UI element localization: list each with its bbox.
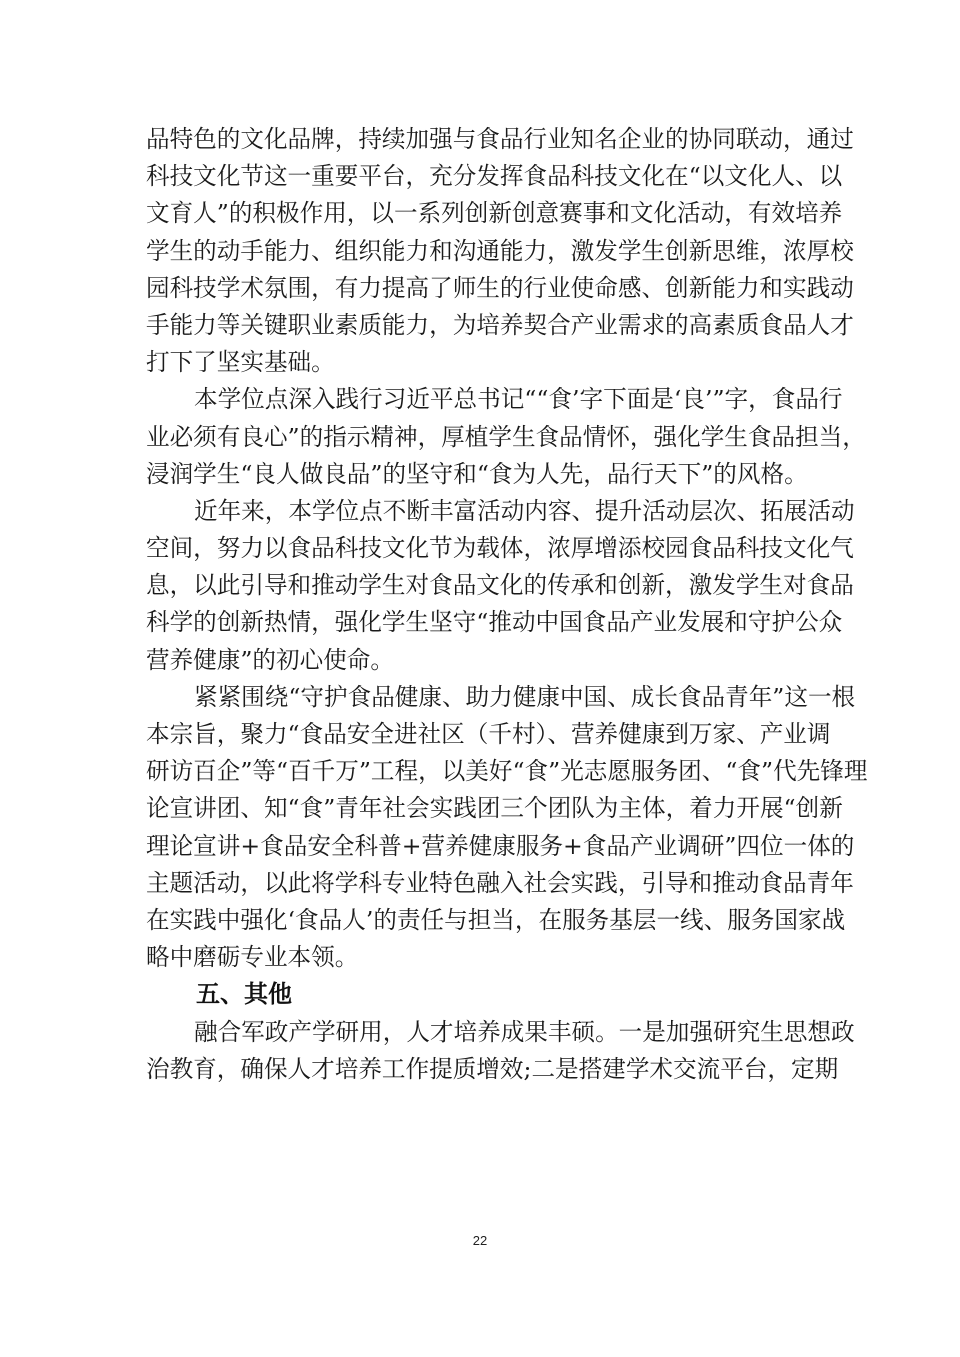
- text-line: 空间，努力以食品科技文化节为载体，浓厚增添校园食品科技文化气: [146, 530, 818, 567]
- text-line: 学生的动手能力、组织能力和沟通能力，激发学生创新思维，浓厚校: [146, 233, 818, 270]
- text-line: 科技文化节这一重要平台，充分发挥食品科技文化在“以文化人、以: [146, 158, 818, 195]
- text-line: 论宣讲团、知“食”青年社会实践团三个团队为主体，着力开展“创新: [146, 790, 818, 827]
- paragraph-recent-years: 近年来，本学位点不断丰富活动内容、提升活动层次、拓展活动 空间，努力以食品科技文…: [146, 493, 818, 679]
- text-line: 理论宣讲+食品安全科普+营养健康服务+食品产业调研”四位一体的: [146, 828, 818, 865]
- text-line: 在实践中强化‘食品人’的责任与担当，在服务基层一线、服务国家战: [146, 902, 818, 939]
- text-line: 科学的创新热情，强化学生坚守“推动中国食品产业发展和守护公众: [146, 604, 818, 641]
- text-line: 本宗旨，聚力“食品安全进社区（千村）、营养健康到万家、产业调: [146, 716, 818, 753]
- page-number: 22: [0, 1233, 960, 1248]
- text-line: 文育人”的积极作用，以一系列创新创意赛事和文化活动，有效培养: [146, 195, 818, 232]
- text-line: 近年来，本学位点不断丰富活动内容、提升活动层次、拓展活动: [146, 493, 818, 530]
- text-line: 打下了坚实基础。: [146, 344, 818, 381]
- text-line: 园科技学术氛围，有力提高了师生的行业使命感、创新能力和实践动: [146, 270, 818, 307]
- text-line: 主题活动，以此将学科专业特色融入社会实践，引导和推动食品青年: [146, 865, 818, 902]
- text-line: 息，以此引导和推动学生对食品文化的传承和创新，激发学生对食品: [146, 567, 818, 604]
- page-content: 品特色的文化品牌，持续加强与食品行业知名企业的协同联动，通过 科技文化节这一重要…: [146, 121, 818, 1088]
- section-heading: 五、其他: [146, 976, 818, 1013]
- paragraph-continuation: 品特色的文化品牌，持续加强与食品行业知名企业的协同联动，通过 科技文化节这一重要…: [146, 121, 818, 381]
- text-line: 融合军政产学研用，人才培养成果丰硕。一是加强研究生思想政: [146, 1014, 818, 1051]
- text-line: 研访百企”等“百千万”工程，以美好“食”光志愿服务团、“食”代先锋理: [146, 753, 818, 790]
- text-line: 手能力等关键职业素质能力，为培养契合产业需求的高素质食品人才: [146, 307, 818, 344]
- text-line: 紧紧围绕“守护食品健康、助力健康中国、成长食品青年”这一根: [146, 679, 818, 716]
- text-line: 营养健康”的初心使命。: [146, 642, 818, 679]
- paragraph-social-practice: 紧紧围绕“守护食品健康、助力健康中国、成长食品青年”这一根 本宗旨，聚力“食品安…: [146, 679, 818, 977]
- document-page: 品特色的文化品牌，持续加强与食品行业知名企业的协同联动，通过 科技文化节这一重要…: [0, 0, 960, 1357]
- text-line: 浸润学生“良人做良品”的坚守和“食为人先，品行天下”的风格。: [146, 456, 818, 493]
- text-line: 略中磨砺专业本领。: [146, 939, 818, 976]
- paragraph-food-conscience: 本学位点深入践行习近平总书记““食’字下面是‘良’”字，食品行 业必须有良心”的…: [146, 381, 818, 493]
- text-line: 品特色的文化品牌，持续加强与食品行业知名企业的协同联动，通过: [146, 121, 818, 158]
- text-line: 业必须有良心”的指示精神，厚植学生食品情怀，强化学生食品担当，: [146, 419, 818, 456]
- paragraph-talent-cultivation: 融合军政产学研用，人才培养成果丰硕。一是加强研究生思想政 治教育，确保人才培养工…: [146, 1014, 818, 1088]
- text-line: 本学位点深入践行习近平总书记““食’字下面是‘良’”字，食品行: [146, 381, 818, 418]
- text-line: 治教育，确保人才培养工作提质增效;二是搭建学术交流平台，定期: [146, 1051, 818, 1088]
